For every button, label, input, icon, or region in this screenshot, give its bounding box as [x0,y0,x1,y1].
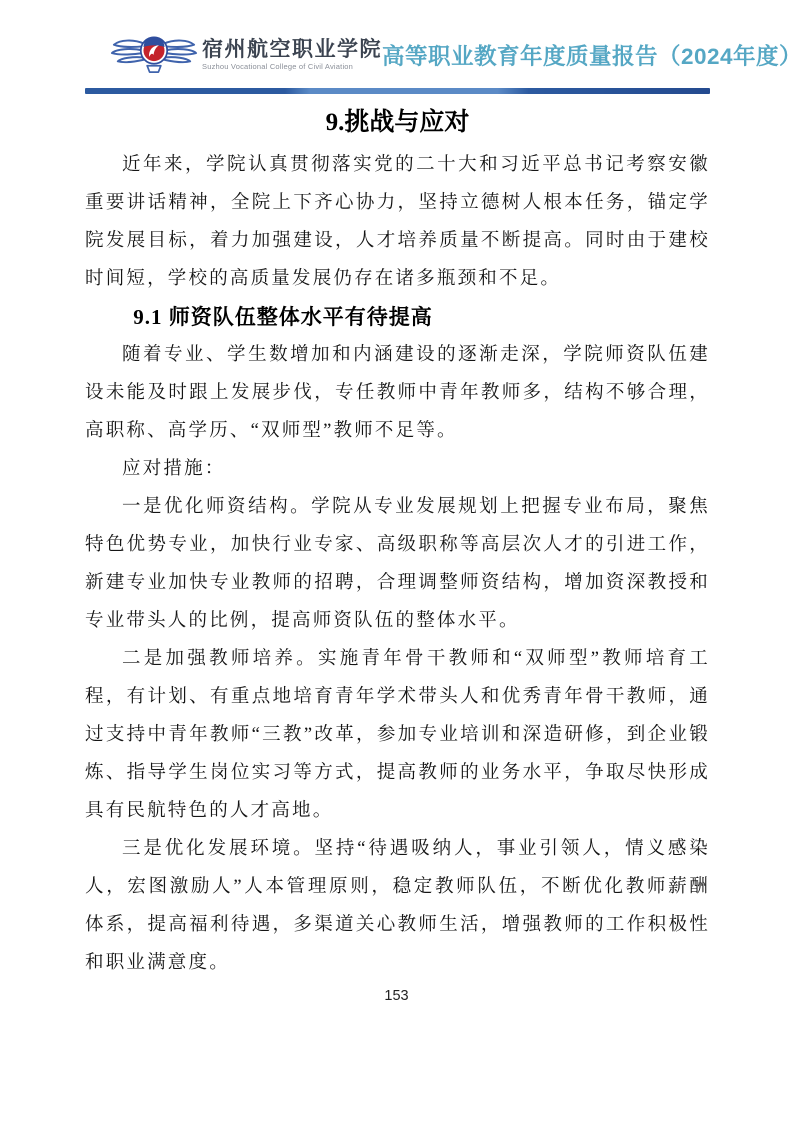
paragraph-measure-1: 一是优化师资结构。学院从专业发展规划上把握专业布局，聚焦特色优势专业，加快行业专… [85,488,710,640]
report-page: 宿州航空职业学院 Suzhou Vocational College of Ci… [0,0,793,1122]
paragraph-intro: 近年来，学院认真贯彻落实党的二十大和习近平总书记考察安徽重要讲话精神，全院上下齐… [85,146,710,298]
paragraph-measures-label: 应对措施： [85,450,710,488]
section-heading-9-1: 9.1 师资队伍整体水平有待提高 [85,298,710,336]
page-header: 宿州航空职业学院 Suzhou Vocational College of Ci… [0,0,793,84]
college-name-en: Suzhou Vocational College of Civil Aviat… [202,63,382,71]
college-logo [110,26,198,82]
paragraph-measure-3: 三是优化发展环境。坚持“待遇吸纳人，事业引领人，情义感染人，宏图激励人”人本管理… [85,830,710,982]
chapter-title: 9.挑战与应对 [85,108,710,138]
header-rule [85,88,710,94]
page-footer: 153 [0,987,793,1005]
paragraph-problem: 随着专业、学生数增加和内涵建设的逐渐走深，学院师资队伍建设未能及时跟上发展步伐，… [85,336,710,450]
report-title: 高等职业教育年度质量报告（2024年度） [382,39,793,71]
document-body: 9.挑战与应对 近年来，学院认真贯彻落实党的二十大和习近平总书记考察安徽重要讲话… [0,108,793,982]
college-name-zh: 宿州航空职业学院 [202,39,382,61]
paragraph-measure-2: 二是加强教师培养。实施青年骨干教师和“双师型”教师培育工程，有计划、有重点地培育… [85,640,710,830]
page-number: 153 [384,988,408,1004]
college-name-block: 宿州航空职业学院 Suzhou Vocational College of Ci… [202,39,382,71]
aviation-wings-logo-icon [110,26,198,82]
